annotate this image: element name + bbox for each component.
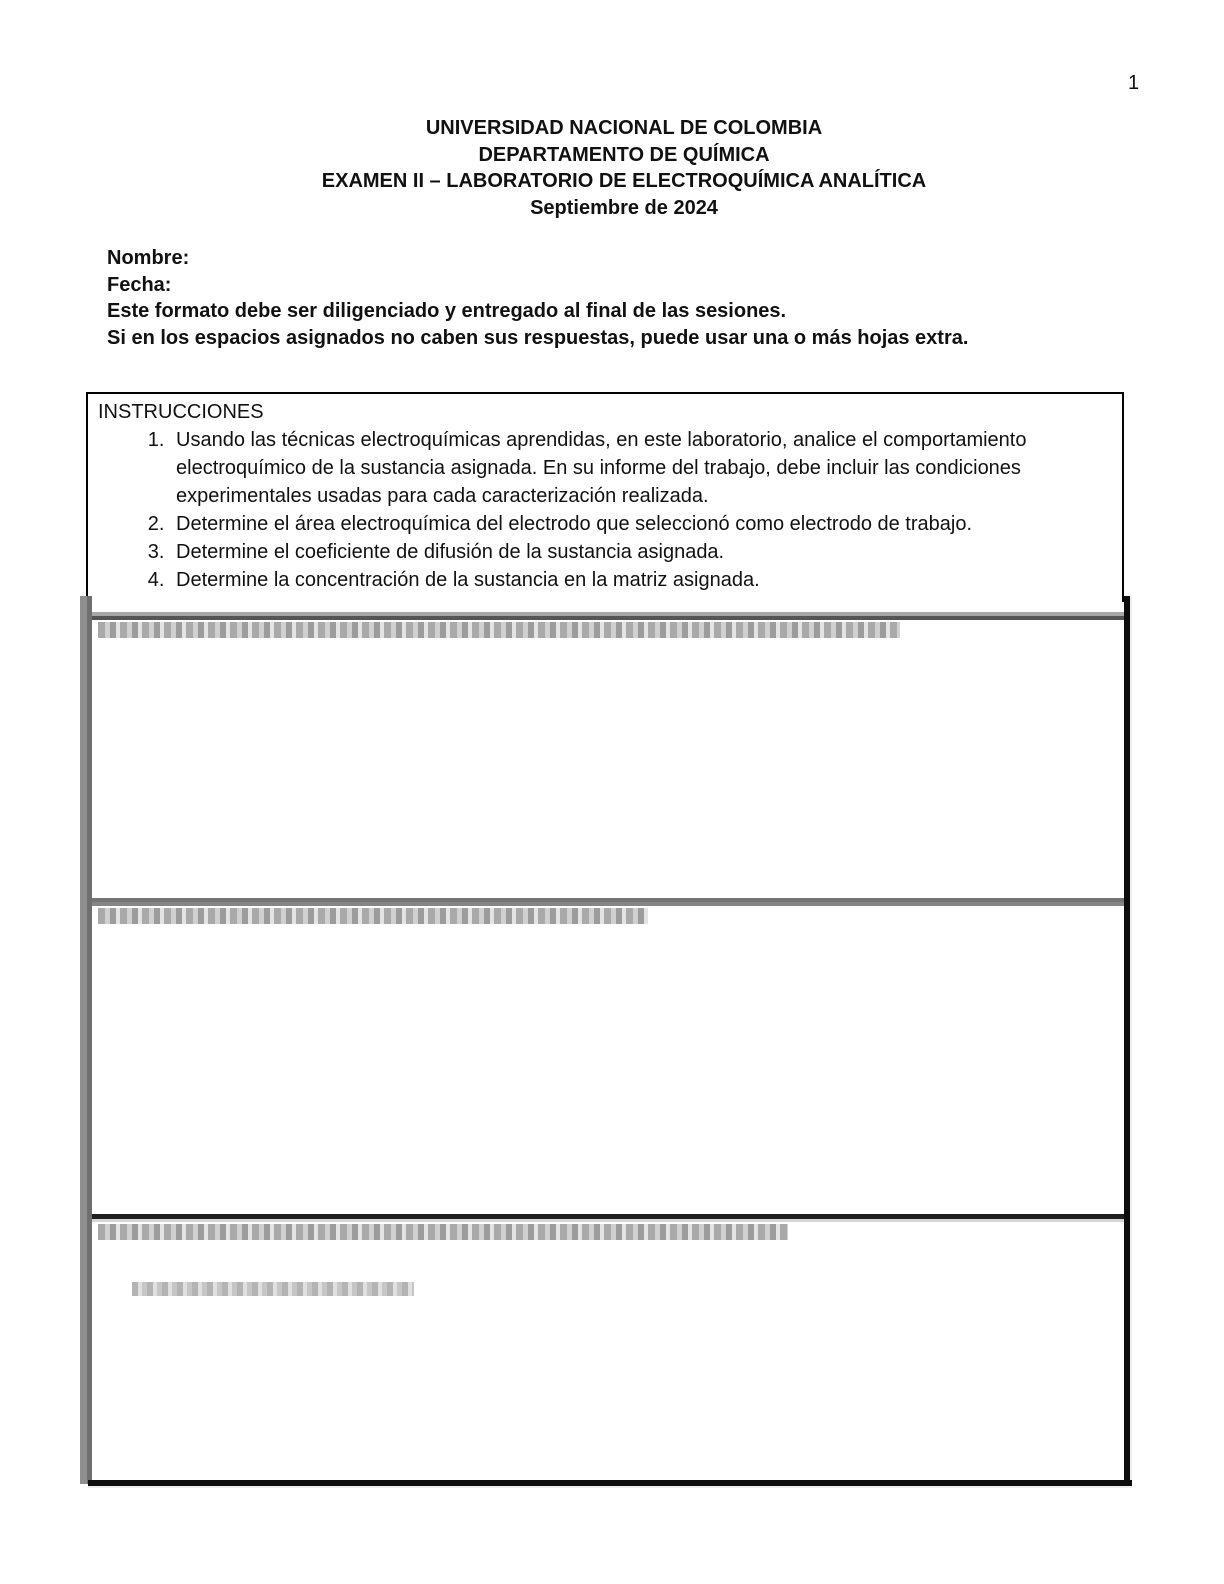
page-number: 1 <box>1128 72 1139 95</box>
box-left-border <box>80 596 92 1484</box>
redacted-list-item <box>132 1282 414 1296</box>
exam-title: EXAMEN II – LABORATORIO DE ELECTROQUÍMIC… <box>0 168 1224 195</box>
department-name: DEPARTAMENTO DE QUÍMICA <box>0 142 1224 169</box>
section-divider <box>92 1214 1126 1222</box>
box-right-border <box>1124 596 1132 1488</box>
answer-sections <box>80 596 1132 1488</box>
submission-note: Este formato debe ser diligenciado y ent… <box>107 298 968 325</box>
extra-sheets-note: Si en los espacios asignados no caben su… <box>107 325 968 352</box>
instruction-item: Determine el coeficiente de difusión de … <box>170 538 1112 566</box>
section-divider <box>92 898 1126 906</box>
university-name: UNIVERSIDAD NACIONAL DE COLOMBIA <box>0 115 1224 142</box>
student-info: Nombre: Fecha: Este formato debe ser dil… <box>107 245 968 351</box>
box-bottom-border <box>88 1480 1132 1488</box>
date-field-label: Fecha: <box>107 272 968 299</box>
exam-date: Septiembre de 2024 <box>0 195 1224 222</box>
answer-section-3 <box>92 1214 1126 1480</box>
instructions-list: Usando las técnicas electroquímicas apre… <box>98 426 1112 594</box>
answer-section-1 <box>92 612 1126 898</box>
instruction-item: Determine la concentración de la sustanc… <box>170 566 1112 594</box>
instruction-item: Usando las técnicas electroquímicas apre… <box>170 426 1112 510</box>
answer-section-2 <box>92 898 1126 1214</box>
instructions-box: INSTRUCCIONES Usando las técnicas electr… <box>86 392 1124 602</box>
redacted-section-heading <box>98 908 648 924</box>
redacted-section-heading <box>98 1224 788 1240</box>
instruction-item: Determine el área electroquímica del ele… <box>170 510 1112 538</box>
section-divider <box>92 612 1126 620</box>
redacted-section-heading <box>98 622 900 638</box>
instructions-title: INSTRUCCIONES <box>98 398 1112 426</box>
document-header: UNIVERSIDAD NACIONAL DE COLOMBIA DEPARTA… <box>0 115 1224 221</box>
name-field-label: Nombre: <box>107 245 968 272</box>
